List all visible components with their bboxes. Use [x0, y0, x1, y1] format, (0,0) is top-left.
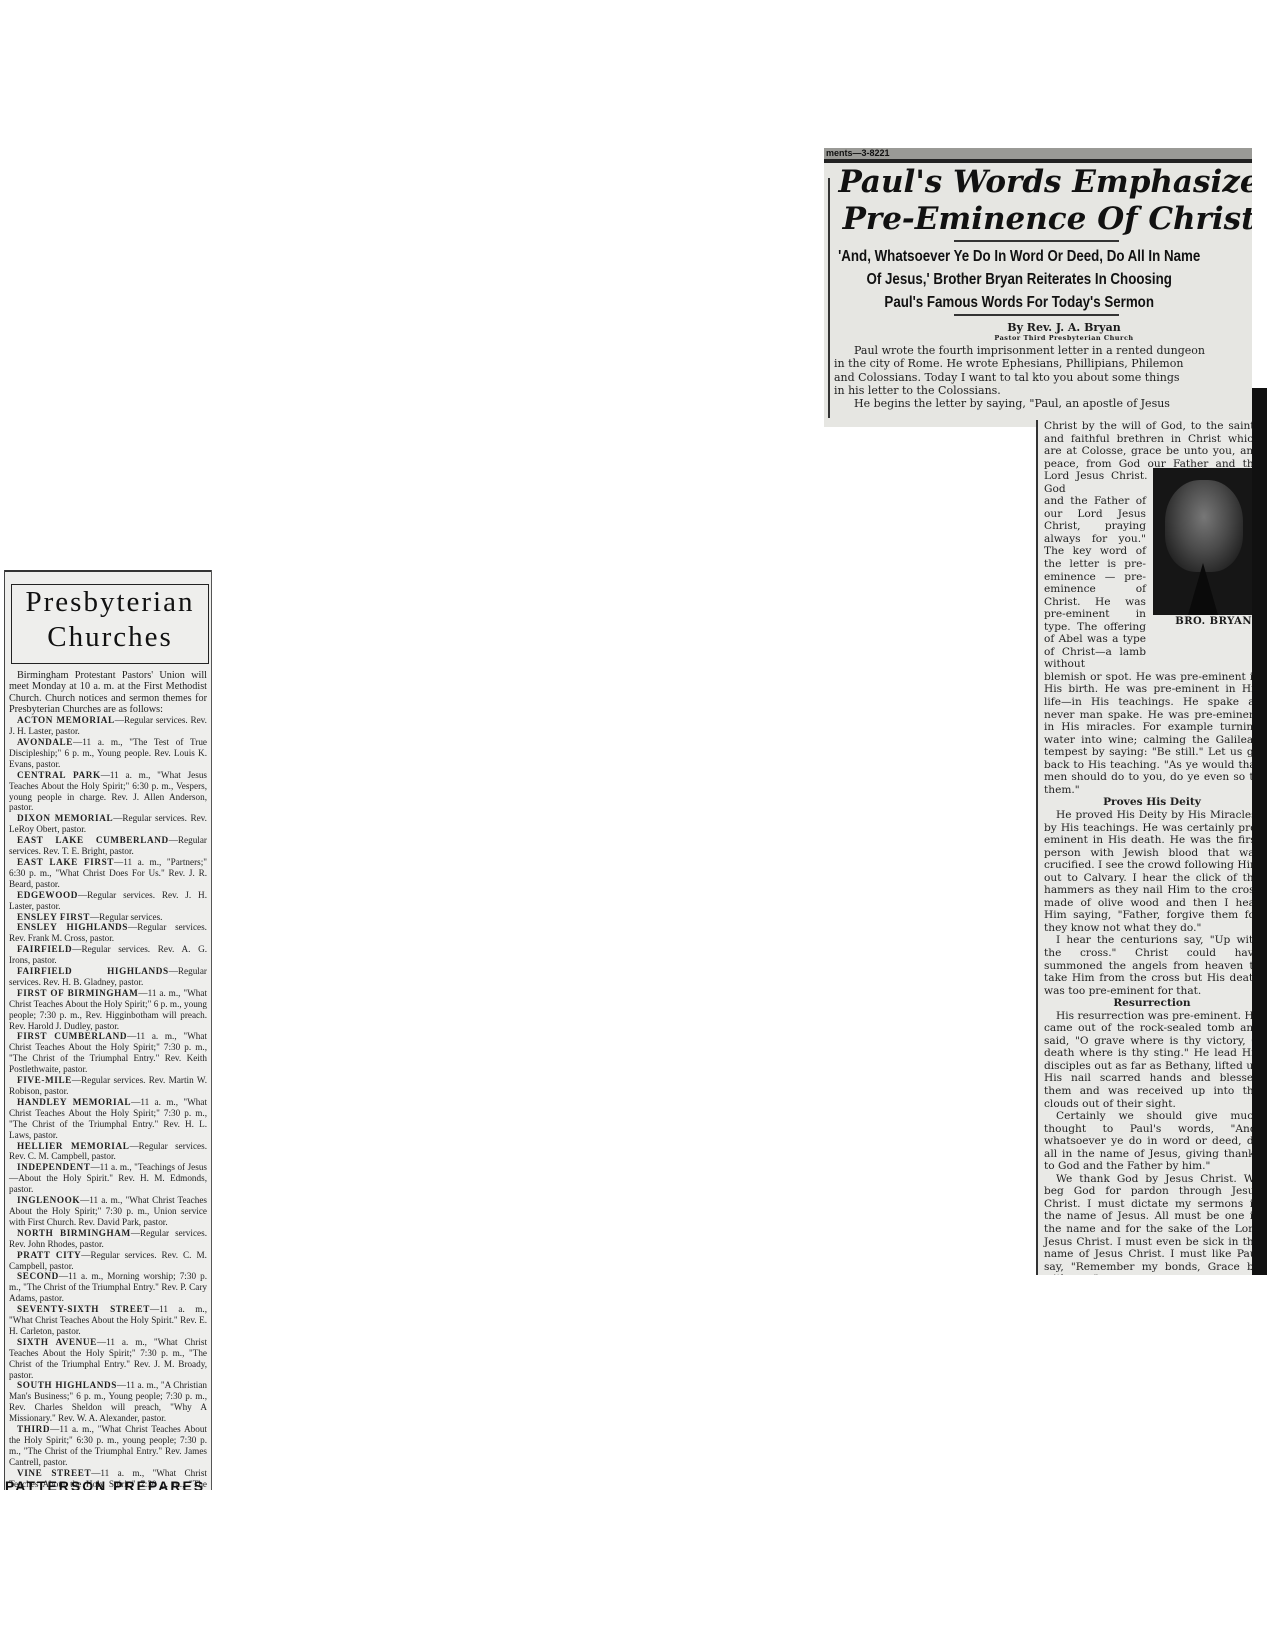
- church-name: INDEPENDENT: [17, 1162, 90, 1172]
- church-entry: THIRD—11 a. m., "What Christ Teaches Abo…: [9, 1424, 207, 1468]
- lead-line: Paul wrote the fourth imprisonment lette…: [834, 344, 1252, 357]
- church-name: EAST LAKE CUMBERLAND: [17, 835, 169, 845]
- church-name: CENTRAL PARK: [17, 770, 101, 780]
- church-name: HANDLEY MEMORIAL: [17, 1097, 131, 1107]
- portrait-face: [1165, 480, 1243, 572]
- subhead-resurrection: Resurrection: [1044, 997, 1252, 1010]
- masthead-fragment: ments—3-8221: [824, 148, 1252, 159]
- deck-line1: 'And, Whatsoever Ye Do In Word Or Deed, …: [830, 245, 1208, 268]
- headline: Paul's Words Emphasize Pre-Eminence Of C…: [834, 164, 1252, 238]
- church-details: —Regular services.: [90, 912, 162, 922]
- church-entry-list: ACTON MEMORIAL—Regular services. Rev. J.…: [9, 715, 207, 1490]
- church-name: INGLENOOK: [17, 1195, 80, 1205]
- church-name: FAIRFIELD: [17, 944, 72, 954]
- church-name: PRATT CITY: [17, 1250, 81, 1260]
- church-entry: SOUTH HIGHLANDS—11 a. m., "A Christian M…: [9, 1380, 207, 1424]
- church-name: ACTON MEMORIAL: [17, 715, 115, 725]
- church-entry: PRATT CITY—Regular services. Rev. C. M. …: [9, 1250, 207, 1272]
- church-entry: NORTH BIRMINGHAM—Regular services. Rev. …: [9, 1228, 207, 1250]
- church-name: SIXTH AVENUE: [17, 1337, 97, 1347]
- church-notices: Birmingham Protestant Pastors' Union wil…: [9, 670, 207, 1490]
- church-name: NORTH BIRMINGHAM: [17, 1228, 131, 1238]
- church-entry: SIXTH AVENUE—11 a. m., "What Christ Teac…: [9, 1337, 207, 1381]
- church-entry: HANDLEY MEMORIAL—11 a. m., "What Christ …: [9, 1097, 207, 1141]
- presbyterian-churches-clipping: Presbyterian Churches Birmingham Protest…: [4, 570, 212, 1490]
- body-paragraph: His resurrection was pre-eminent. He cam…: [1044, 1010, 1252, 1110]
- church-entry: EDGEWOOD—Regular services. Rev. J. H. La…: [9, 890, 207, 912]
- section-title-line1: Presbyterian: [12, 585, 208, 620]
- lead-line: and Colossians. Today I want to tal kto …: [834, 371, 1252, 384]
- deck: 'And, Whatsoever Ye Do In Word Or Deed, …: [830, 245, 1208, 314]
- church-entry: EAST LAKE FIRST—11 a. m., "Partners;" 6:…: [9, 857, 207, 890]
- church-name: AVONDALE: [17, 737, 73, 747]
- sermon-article-header: ments—3-8221 Paul's Words Emphasize Pre-…: [824, 148, 1252, 427]
- deck-line2: Of Jesus,' Brother Bryan Reiterates In C…: [830, 268, 1208, 291]
- next-headline-fragment: PATTERSON PREPARES: [5, 1478, 205, 1490]
- intro-paragraph: Birmingham Protestant Pastors' Union wil…: [9, 670, 207, 715]
- section-title-box: Presbyterian Churches: [11, 584, 209, 664]
- lead-line: in his letter to the Colossians.: [834, 384, 1252, 397]
- column-rule: [1036, 420, 1038, 1275]
- byline-author: By Rev. J. A. Bryan: [1007, 321, 1120, 334]
- church-name: HELLIER MEMORIAL: [17, 1141, 129, 1151]
- church-name: THIRD: [17, 1424, 50, 1434]
- church-name: FIRST CUMBERLAND: [17, 1031, 127, 1041]
- photo-caption: BRO. BRYAN: [1153, 616, 1252, 628]
- body-paragraph: He proved His Deity by His Miracles, by …: [1044, 809, 1252, 934]
- deck-line3: Paul's Famous Words For Today's Sermon: [830, 291, 1208, 314]
- church-name: ENSLEY FIRST: [17, 912, 90, 922]
- church-entry: FAIRFIELD HIGHLANDS—Regular services. Re…: [9, 966, 207, 988]
- church-entry: ENSLEY FIRST—Regular services.: [9, 912, 207, 923]
- church-entry: FIRST OF BIRMINGHAM—11 a. m., "What Chri…: [9, 988, 207, 1032]
- church-entry: ENSLEY HIGHLANDS—Regular services. Rev. …: [9, 922, 207, 944]
- church-entry: INDEPENDENT—11 a. m., "Teachings of Jesu…: [9, 1162, 207, 1195]
- church-entry: FAIRFIELD—Regular services. Rev. A. G. I…: [9, 944, 207, 966]
- section-title-line2: Churches: [12, 620, 208, 655]
- church-entry: DIXON MEMORIAL—Regular services. Rev. Le…: [9, 813, 207, 835]
- church-name: ENSLEY HIGHLANDS: [17, 922, 128, 932]
- byline: By Rev. J. A. Bryan Pastor Third Presbyt…: [944, 322, 1184, 342]
- church-entry: FIRST CUMBERLAND—11 a. m., "What Christ …: [9, 1031, 207, 1075]
- church-entry: ACTON MEMORIAL—Regular services. Rev. J.…: [9, 715, 207, 737]
- top-rule: [5, 570, 211, 572]
- headline-rule: [954, 240, 1119, 242]
- church-name: FIVE-MILE: [17, 1075, 72, 1085]
- body-paragraph: I hear the centurions say, "Up with the …: [1044, 934, 1252, 997]
- body-paragraph: Certainly we should give much thought to…: [1044, 1110, 1252, 1173]
- lead-line: in the city of Rome. He wrote Ephesians,…: [834, 357, 1252, 370]
- church-name: FIRST OF BIRMINGHAM: [17, 988, 138, 998]
- church-name: SEVENTY-SIXTH STREET: [17, 1304, 150, 1314]
- author-photo: [1153, 468, 1252, 615]
- church-entry: AVONDALE—11 a. m., "The Test of True Dis…: [9, 737, 207, 770]
- church-name: DIXON MEMORIAL: [17, 813, 113, 823]
- masthead-rule: [824, 159, 1252, 163]
- body-paragraph: blemish or spot. He was pre-eminent in H…: [1044, 671, 1252, 796]
- scan-edge-shadow: [1252, 388, 1267, 1275]
- body-paragraph-narrow: and the Father of our Lord Jesus Christ,…: [1044, 495, 1146, 671]
- church-entry: SECOND—11 a. m., Morning worship; 7:30 p…: [9, 1271, 207, 1304]
- church-name: SECOND: [17, 1271, 59, 1281]
- church-name: FAIRFIELD HIGHLANDS: [17, 966, 169, 976]
- lead-paragraph: Paul wrote the fourth imprisonment lette…: [834, 344, 1252, 410]
- church-entry: CENTRAL PARK—11 a. m., "What Jesus Teach…: [9, 770, 207, 814]
- deck-rule: [954, 314, 1119, 316]
- church-entry: FIVE-MILE—Regular services. Rev. Martin …: [9, 1075, 207, 1097]
- church-name: VINE STREET: [17, 1468, 91, 1478]
- body-paragraph: We thank God by Jesus Christ. We beg God…: [1044, 1173, 1252, 1275]
- church-name: SOUTH HIGHLANDS: [17, 1380, 117, 1390]
- second-paragraph-start: He begins the letter by saying, "Paul, a…: [834, 397, 1252, 410]
- headline-line2: Pre-Eminence Of Christ: [834, 201, 1252, 238]
- church-entry: HELLIER MEMORIAL—Regular services. Rev. …: [9, 1141, 207, 1163]
- church-entry: EAST LAKE CUMBERLAND—Regular services. R…: [9, 835, 207, 857]
- church-entry: SEVENTY-SIXTH STREET—11 a. m., "What Chr…: [9, 1304, 207, 1337]
- sermon-article-body: Christ by the will of God, to the saints…: [1036, 420, 1252, 1275]
- church-name: EDGEWOOD: [17, 890, 78, 900]
- church-entry: INGLENOOK—11 a. m., "What Christ Teaches…: [9, 1195, 207, 1228]
- subhead-deity: Proves His Deity: [1044, 796, 1252, 809]
- byline-title: Pastor Third Presbyterian Church: [944, 334, 1184, 342]
- headline-line1: Paul's Words Emphasize: [834, 164, 1252, 201]
- church-name: EAST LAKE FIRST: [17, 857, 114, 867]
